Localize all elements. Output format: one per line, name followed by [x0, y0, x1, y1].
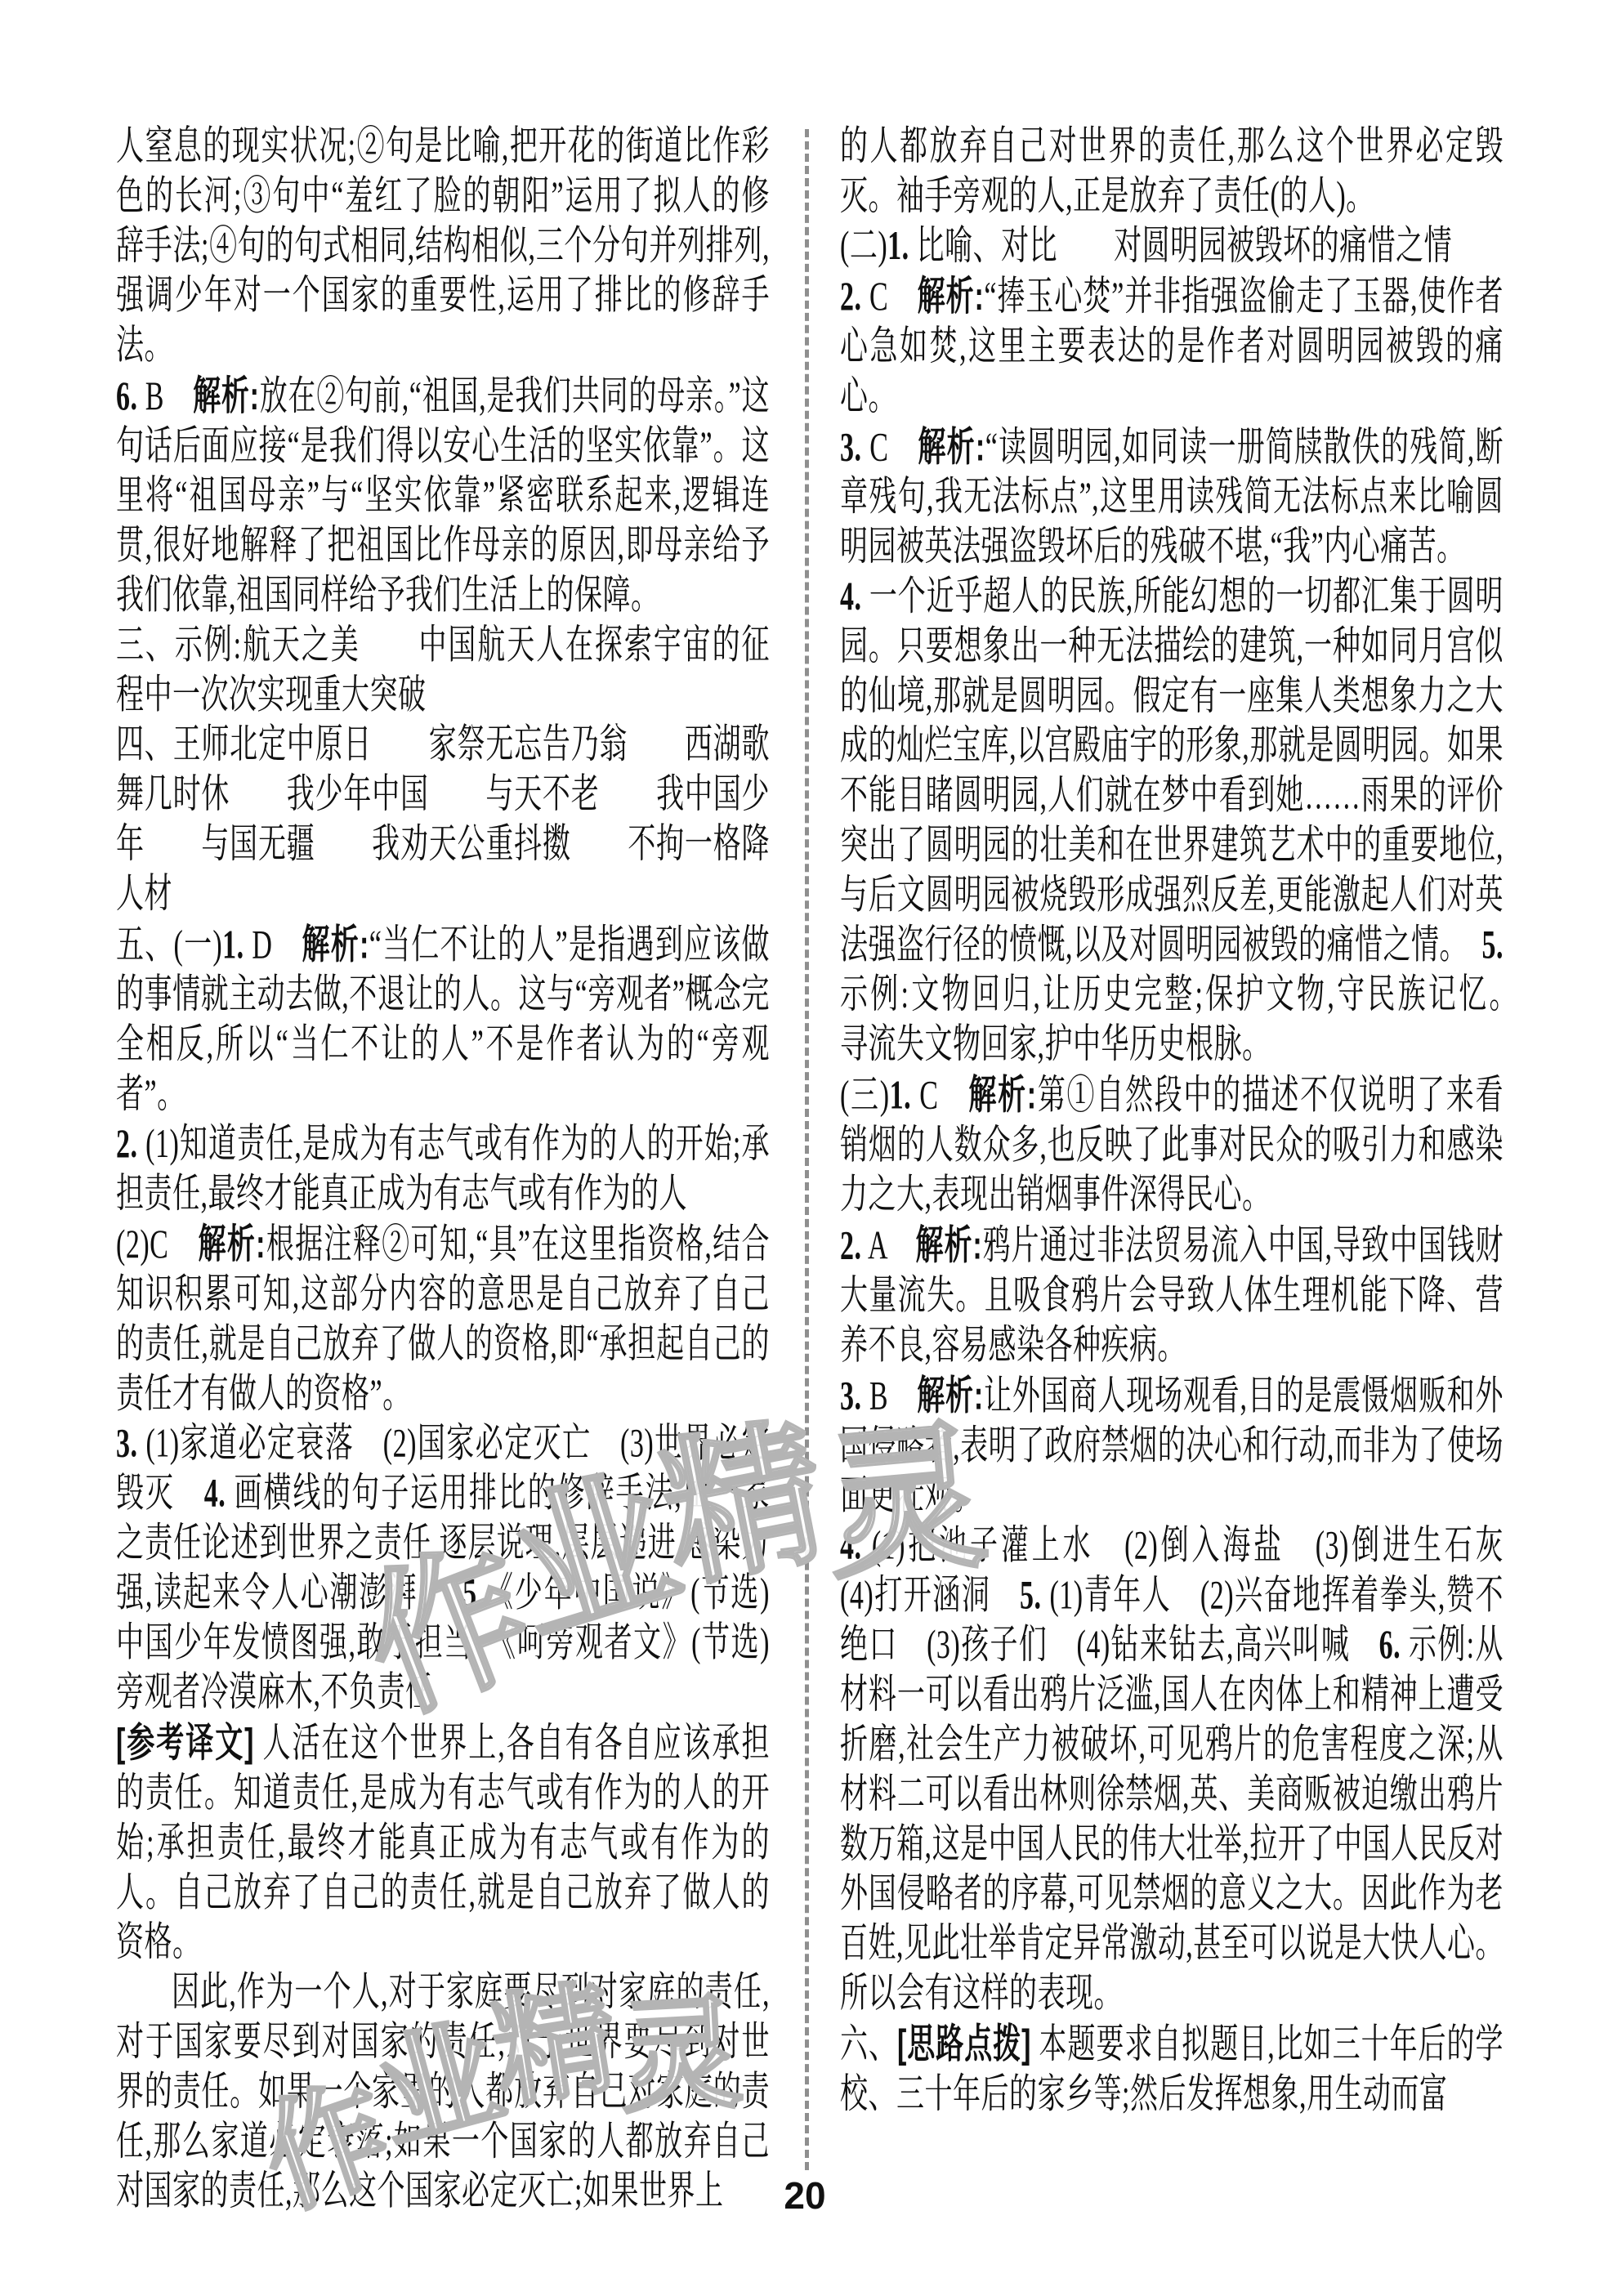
answer-paragraph: 3. (1)家道必定衰落 (2)国家必定灭亡 (3)世界必定毁灭 4. 画横线的… — [116, 1420, 770, 1718]
bold-label: 解析: — [916, 1223, 983, 1268]
answer-text: C — [911, 1074, 968, 1118]
answer-text: (二) — [840, 225, 887, 269]
answer-paragraph: (二)1. 比喻、对比 对圆明园被毁坏的痛惜之情 — [840, 222, 1504, 272]
item-number: 3. — [840, 1375, 862, 1419]
item-number: 5. — [1020, 1574, 1042, 1618]
answer-text: B — [862, 1375, 918, 1419]
bold-label: 解析: — [199, 1222, 266, 1267]
answer-paragraph: 三、示例:航天之美 中国航天人在探索宇宙的征程中一次次实现重大突破 — [116, 621, 770, 721]
answer-book-page: 人窒息的现实状况;②句是比喻,把开花的街道比作彩色的长河;③句中“羞红了脸的朝阳… — [0, 0, 1613, 2296]
answer-text: 人窒息的现实状况;②句是比喻,把开花的街道比作彩色的长河;③句中“羞红了脸的朝阳… — [116, 125, 770, 368]
item-number: 6. — [116, 375, 138, 419]
bold-label: 解析: — [193, 373, 259, 418]
answer-text: C — [862, 275, 918, 319]
bold-label: 解析: — [918, 275, 985, 319]
item-number: 5. — [462, 1571, 485, 1615]
answer-paragraph: 四、王师北定中原日 家祭无忘告乃翁 西湖歌舞几时休 我少年中国 与天不老 我中国… — [116, 721, 770, 920]
item-number: 1. — [887, 225, 909, 269]
answer-paragraph: 2. A 解析:鸦片通过非法贸易流入中国,导致中国钱财大量流失。且吸食鸦片会导致… — [840, 1221, 1504, 1371]
bold-label: 解析: — [968, 1073, 1036, 1118]
item-number: 5. — [1482, 923, 1504, 967]
answer-paragraph: 人窒息的现实状况;②句是比喻,把开花的街道比作彩色的长河;③句中“羞红了脸的朝阳… — [116, 123, 770, 372]
right-column-content: 的人都放弃自己对世界的责任,那么这个世界必定毁灭。袖手旁观的人,正是放弃了责任(… — [840, 123, 1504, 2120]
right-text-column: 的人都放弃自己对世界的责任,那么这个世界必定毁灭。袖手旁观的人,正是放弃了责任(… — [840, 123, 1504, 1500]
answer-text: D — [244, 923, 302, 967]
item-number: 2. — [116, 1123, 138, 1167]
page-number: 20 — [760, 2173, 850, 2218]
answer-text: (1)知道责任,是成为有志气或有作为的人的开始;承担责任,最终才能真正成为有志气… — [116, 1123, 770, 1217]
answer-text: 示例:文物回归,让历史完整;保护文物,守民族记忆。 寻流失文物回家,护中华历史根… — [840, 973, 1560, 1067]
answer-paragraph: (三)1. C 解析:第①自然段中的描述不仅说明了来看销烟的人数众多,也反映了此… — [840, 1070, 1504, 1221]
answer-text: 示例:从材料一可以看出鸦片泛滥,国人在肉体上和精神上遭受折磨,社会生产力被破坏,… — [840, 1624, 1504, 2016]
item-number: 1. — [222, 923, 244, 967]
answer-paragraph: 3. C 解析:“读圆明园,如同读一册简牍散佚的残简,断章残句,我无法标点”,这… — [840, 422, 1504, 573]
bold-label: 解析: — [918, 425, 985, 470]
answer-text: 因此,作为一个人,对于家庭要尽到对家庭的责任,对于国家要尽到对国家的责任,对于世… — [116, 1971, 770, 2213]
answer-text: (2)C — [116, 1223, 199, 1267]
answer-paragraph: 的人都放弃自己对世界的责任,那么这个世界必定毁灭。袖手旁观的人,正是放弃了责任(… — [840, 123, 1504, 222]
answer-text: (三) — [840, 1074, 890, 1118]
left-column-content: 人窒息的现实状况;②句是比喻,把开花的街道比作彩色的长河;③句中“羞红了脸的朝阳… — [116, 123, 770, 2218]
bold-label: [思路点拨] — [897, 2021, 1031, 2066]
item-number: 4. — [840, 1524, 862, 1568]
answer-text: 六、 — [840, 2023, 897, 2067]
answer-paragraph: (2)C 解析:根据注释②可知,“具”在这里指资格,结合知识积累可知,这部分内容… — [116, 1220, 770, 1420]
left-text-column: 人窒息的现实状况;②句是比喻,把开花的街道比作彩色的长河;③句中“羞红了脸的朝阳… — [116, 123, 770, 1567]
answer-paragraph: 4. (1)把池子灌上水 (2)倒入海盐 (3)倒进生石灰 (4)打开涵洞 5.… — [840, 1521, 1504, 2019]
answer-paragraph: 3. B 解析:让外国商人现场观看,目的是震慑烟贩和外国侵略者,表明了政府禁烟的… — [840, 1371, 1504, 1521]
answer-paragraph: 六、[思路点拨] 本题要求自拟题目,比如三十年后的学校、三十年后的家乡等;然后发… — [840, 2019, 1504, 2120]
answer-paragraph: 2. C 解析:“捧玉心焚”并非指强盗偷走了玉器,使作者心急如焚,这里主要表达的… — [840, 272, 1504, 422]
item-number: 6. — [1379, 1624, 1401, 1668]
answer-text: 的人都放弃自己对世界的责任,那么这个世界必定毁灭。袖手旁观的人,正是放弃了责任(… — [840, 125, 1504, 219]
answer-paragraph: 4. 一个近乎超人的民族,所能幻想的一切都汇集于圆明园。只要想象出一种无法描绘的… — [840, 573, 1504, 1070]
item-number: 4. — [840, 575, 862, 619]
answer-text: 四、王师北定中原日 家祭无忘告乃翁 西湖歌舞几时休 我少年中国 与天不老 我中国… — [116, 723, 770, 916]
item-number: 4. — [204, 1472, 226, 1517]
answer-text: 五、(一) — [116, 923, 222, 967]
item-number: 3. — [116, 1423, 138, 1467]
item-number: 1. — [890, 1074, 912, 1118]
answer-text: 三、示例:航天之美 中国航天人在探索宇宙的征程中一次次实现重大突破 — [116, 623, 770, 717]
item-number: 2. — [840, 1225, 862, 1269]
answer-paragraph: 五、(一)1. D 解析:“当仁不让的人”是指遇到应该做的事情就主动去做,不退让… — [116, 920, 770, 1120]
item-number: 2. — [840, 275, 862, 319]
item-number: 3. — [840, 426, 862, 470]
bold-label: [参考译文] — [116, 1721, 254, 1766]
answer-text: 比喻、对比 对圆明园被毁坏的痛惜之情 — [909, 225, 1453, 269]
answer-text: A — [862, 1225, 916, 1269]
answer-paragraph: [参考译文] 人活在这个世界上,各自有各自应该承担的责任。知道责任,是成为有志气… — [116, 1718, 770, 1968]
answer-text: B — [138, 375, 194, 419]
answer-paragraph: 6. B 解析:放在②句前,“祖国,是我们共同的母亲。”这句话后面应接“是我们得… — [116, 372, 770, 622]
answer-paragraph: 2. (1)知道责任,是成为有志气或有作为的人的开始;承担责任,最终才能真正成为… — [116, 1120, 770, 1220]
answer-text: C — [862, 426, 918, 470]
answer-paragraph: 因此,作为一个人,对于家庭要尽到对家庭的责任,对于国家要尽到对国家的责任,对于世… — [116, 1968, 770, 2218]
answer-text: 一个近乎超人的民族,所能幻想的一切都汇集于圆明园。只要想象出一种无法描绘的建筑,… — [840, 575, 1504, 967]
bold-label: 解析: — [302, 922, 369, 967]
bold-label: 解析: — [917, 1374, 984, 1418]
column-divider-dashed-line — [805, 129, 809, 2170]
